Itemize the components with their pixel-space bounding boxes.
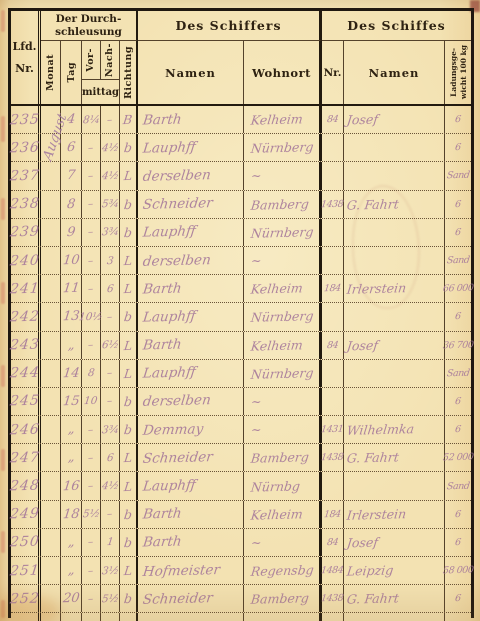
cell-schiffer: Demmay bbox=[138, 416, 244, 443]
handwritten-vor: – bbox=[88, 565, 95, 577]
handwritten-tag: 14 bbox=[62, 366, 80, 381]
cell-wohnort: Nürnberg bbox=[244, 134, 322, 161]
cell-schiffer: Lauphff bbox=[138, 219, 244, 246]
cell-nach: 4½ bbox=[101, 162, 120, 189]
cell-ri: b bbox=[120, 388, 138, 415]
cell-schiffer: Barth bbox=[138, 332, 244, 359]
handwritten-tag: 15 bbox=[62, 394, 80, 409]
handwritten-wohnort: ~ bbox=[250, 168, 262, 183]
handwritten-ladung: 6 bbox=[455, 142, 462, 153]
handwritten-vor: – bbox=[88, 283, 95, 295]
header-richtung: Richtung bbox=[120, 41, 138, 104]
handwritten-ladung: Sand bbox=[446, 367, 470, 379]
handwritten-nach: 6½ bbox=[101, 339, 119, 351]
cell-nr: 238 bbox=[11, 191, 41, 218]
cell-nach: – bbox=[101, 501, 120, 528]
handwritten-schiffer: Barth bbox=[142, 506, 183, 523]
handwritten-vor: 8 bbox=[87, 367, 95, 379]
table-row: 244148–LLauphffNürnbergSand bbox=[11, 360, 471, 388]
handwritten-schiffer: Barth bbox=[142, 534, 183, 551]
cell-schiffer: Barth bbox=[138, 501, 244, 528]
handwritten-tag: 10 bbox=[62, 253, 80, 268]
handwritten-nach: 3¾ bbox=[101, 423, 119, 435]
header-ladung-line2: wicht 100 kg bbox=[459, 45, 468, 99]
handwritten-ladung: 6 bbox=[455, 593, 462, 604]
cell-wohnort: Kelheim bbox=[244, 275, 322, 302]
cell-vor: – bbox=[82, 191, 101, 218]
cell-monat bbox=[41, 585, 61, 612]
handwritten-nr: 242 bbox=[9, 309, 41, 326]
cell-vor: 10 bbox=[82, 388, 101, 415]
cell-nach: – bbox=[101, 388, 120, 415]
handwritten-schiffer: Schneider bbox=[142, 590, 214, 608]
cell-nach: 3 bbox=[101, 247, 120, 274]
table-row: 2421310½–bLauphffNürnberg6 bbox=[11, 303, 471, 331]
cell-tag: „ bbox=[61, 444, 82, 471]
header-nach: Nach- bbox=[101, 41, 120, 79]
handwritten-schiffer: Barth bbox=[142, 111, 183, 128]
cell-schiffer bbox=[138, 613, 244, 621]
cell-snr bbox=[322, 247, 344, 274]
handwritten-wohnort: Regensbg bbox=[250, 562, 315, 579]
handwritten-wohnort: Nürnberg bbox=[250, 139, 314, 156]
handwritten-schiff: Irlerstein bbox=[346, 280, 407, 297]
handwritten-tag: „ bbox=[67, 563, 75, 578]
cell-nr: 250 bbox=[11, 529, 41, 556]
cell-nr: 236 bbox=[11, 134, 41, 161]
handwritten-schiffer: derselben bbox=[142, 393, 212, 411]
handwritten-tag: „ bbox=[67, 422, 75, 437]
handwritten-ladung: 6 bbox=[455, 199, 462, 210]
margin-stain bbox=[1, 116, 5, 142]
handwritten-snr: 184 bbox=[324, 283, 342, 294]
handwritten-nach: – bbox=[107, 395, 114, 407]
cell-vor: 5½ bbox=[82, 501, 101, 528]
header-lfd-line1: Lfd. bbox=[13, 40, 37, 53]
handwritten-ladung: 6 bbox=[455, 227, 462, 238]
handwritten-schiff: G. Fahrt bbox=[346, 591, 400, 607]
cell-schiff: Leipzig bbox=[344, 557, 445, 584]
handwritten-nr: 237 bbox=[9, 168, 41, 185]
handwritten-nr: 240 bbox=[9, 252, 41, 269]
handwritten-nach: 3½ bbox=[101, 564, 119, 576]
handwritten-wohnort: Kelheim bbox=[250, 506, 304, 522]
handwritten-ri: b bbox=[123, 225, 133, 240]
cell-ladung bbox=[445, 613, 471, 621]
cell-tag: 20 bbox=[61, 585, 82, 612]
cell-ri: b bbox=[120, 585, 138, 612]
handwritten-schiff: Josef bbox=[346, 112, 379, 128]
handwritten-schiffer: Barth bbox=[142, 337, 183, 354]
header-wohnort: Wohnort bbox=[244, 41, 322, 104]
handwritten-vor: – bbox=[88, 198, 95, 210]
handwritten-vor: – bbox=[88, 142, 95, 154]
cell-nach: 6 bbox=[101, 444, 120, 471]
header-lfd-nr: Lfd. Nr. bbox=[11, 11, 41, 104]
header-tag: Tag bbox=[61, 41, 82, 104]
cell-nr: 247 bbox=[11, 444, 41, 471]
header-monat-label: Monat bbox=[45, 54, 56, 91]
cell-ri: L bbox=[120, 557, 138, 584]
cell-tag: „ bbox=[61, 332, 82, 359]
handwritten-schiff: Irlerstein bbox=[346, 506, 407, 523]
cell-monat bbox=[41, 472, 61, 499]
handwritten-nach: 4½ bbox=[101, 170, 119, 182]
cell-nach: 5½ bbox=[101, 585, 120, 612]
handwritten-snr: 184 bbox=[324, 509, 342, 520]
cell-tag: 10 bbox=[61, 247, 82, 274]
cell-nr: 235 bbox=[11, 106, 41, 133]
cell-snr: 84 bbox=[322, 529, 344, 556]
cell-vor: – bbox=[82, 332, 101, 359]
handwritten-wohnort: Nürnberg bbox=[250, 309, 314, 326]
cell-schiff bbox=[344, 134, 445, 161]
handwritten-ladung: 6 bbox=[455, 396, 462, 407]
handwritten-ri: b bbox=[123, 140, 133, 155]
table-row: 2377–4½Lderselben~Sand bbox=[11, 162, 471, 190]
cell-ladung: 6 bbox=[445, 416, 471, 443]
cell-nr: 248 bbox=[11, 472, 41, 499]
handwritten-ri: b bbox=[123, 422, 133, 437]
handwritten-vor: – bbox=[88, 452, 95, 464]
handwritten-ri: L bbox=[123, 450, 133, 465]
handwritten-tag: „ bbox=[67, 535, 75, 550]
handwritten-nach: – bbox=[107, 508, 114, 520]
cell-ladung: 6 bbox=[445, 388, 471, 415]
cell-snr bbox=[322, 219, 344, 246]
handwritten-ri: b bbox=[123, 535, 133, 550]
header-vor-nach: Vor- Nach- bbox=[82, 41, 119, 80]
cell-wohnort: Bamberg bbox=[244, 585, 322, 612]
handwritten-snr: 84 bbox=[326, 114, 338, 125]
cell-schiffer: Barth bbox=[138, 106, 244, 133]
handwritten-ladung: 6 bbox=[455, 509, 462, 520]
handwritten-vor: – bbox=[88, 536, 95, 548]
cell-nach: 6 bbox=[101, 275, 120, 302]
cell-nr: 242 bbox=[11, 303, 41, 330]
handwritten-wohnort: Kelheim bbox=[250, 111, 304, 127]
cell-snr: 184 bbox=[322, 275, 344, 302]
handwritten-ri: L bbox=[123, 563, 133, 578]
handwritten-nach: 4½ bbox=[101, 480, 119, 492]
cell-tag: „ bbox=[61, 529, 82, 556]
handwritten-nach: 6 bbox=[106, 452, 114, 464]
handwritten-nr: 245 bbox=[9, 393, 41, 410]
handwritten-schiff: G. Fahrt bbox=[346, 196, 400, 212]
handwritten-nr: 247 bbox=[9, 449, 41, 466]
header-ladung-line1: Ladungsge- bbox=[449, 48, 458, 97]
cell-nr bbox=[11, 613, 41, 621]
cell-tag: 18 bbox=[61, 501, 82, 528]
cell-monat bbox=[41, 134, 61, 161]
handwritten-ri: L bbox=[123, 478, 133, 493]
header-schiffer-namen: Namen bbox=[138, 41, 244, 104]
handwritten-nr: 236 bbox=[9, 139, 41, 156]
cell-snr bbox=[322, 472, 344, 499]
cell-vor: – bbox=[82, 275, 101, 302]
cell-wohnort: ~ bbox=[244, 247, 322, 274]
cell-wohnort: Nürnberg bbox=[244, 360, 322, 387]
handwritten-tag: 4 bbox=[66, 112, 76, 127]
handwritten-snr: 1431 bbox=[321, 424, 345, 436]
cell-schiffer: Schneider bbox=[138, 585, 244, 612]
cell-tag: 7 bbox=[61, 162, 82, 189]
cell-schiffer: Barth bbox=[138, 529, 244, 556]
handwritten-wohnort: Nürnberg bbox=[250, 224, 314, 241]
handwritten-tag: 9 bbox=[66, 225, 76, 240]
cell-ri: b bbox=[120, 219, 138, 246]
cell-monat bbox=[41, 162, 61, 189]
handwritten-nr: 249 bbox=[9, 506, 41, 523]
cell-ri: B bbox=[120, 106, 138, 133]
handwritten-ri: L bbox=[123, 281, 133, 296]
cell-vor: – bbox=[82, 247, 101, 274]
cell-nach: – bbox=[101, 303, 120, 330]
cell-tag: „ bbox=[61, 416, 82, 443]
cell-nach: – bbox=[101, 360, 120, 387]
header-vormittag-nachmittag: Vor- Nach- mittag bbox=[82, 41, 120, 104]
handwritten-ladung: Sand bbox=[446, 170, 470, 182]
cell-nach: 4½ bbox=[101, 134, 120, 161]
handwritten-schiffer: Lauphff bbox=[142, 139, 197, 156]
handwritten-tag: 6 bbox=[66, 140, 76, 155]
handwritten-schiffer: derselben bbox=[142, 167, 212, 185]
cell-ri: b bbox=[120, 416, 138, 443]
table-row: 2388–5¾bSchneiderBamberg1438G. Fahrt6 bbox=[11, 191, 471, 219]
cell-nach: 5¾ bbox=[101, 191, 120, 218]
cell-monat bbox=[41, 360, 61, 387]
cell-nr: 241 bbox=[11, 275, 41, 302]
cell-schiffer: Barth bbox=[138, 275, 244, 302]
handwritten-wohnort: Nürnberg bbox=[250, 365, 314, 382]
handwritten-ladung: 66 000 bbox=[442, 283, 474, 295]
cell-snr: 1438 bbox=[322, 191, 344, 218]
cell-ri: L bbox=[120, 275, 138, 302]
cell-nr: 251 bbox=[11, 557, 41, 584]
handwritten-nr: 246 bbox=[9, 421, 41, 438]
table-header: Lfd. Nr. Der Durch- schleusung Des Schif… bbox=[11, 11, 471, 106]
handwritten-snr: 1484 bbox=[321, 565, 345, 577]
ledger-page: Lfd. Nr. Der Durch- schleusung Des Schif… bbox=[0, 0, 480, 621]
handwritten-ri: L bbox=[123, 253, 133, 268]
handwritten-nr: 238 bbox=[9, 196, 41, 213]
handwritten-nach: – bbox=[107, 114, 114, 126]
cell-tag bbox=[61, 613, 82, 621]
cell-tag: 6 bbox=[61, 134, 82, 161]
handwritten-tag: 7 bbox=[66, 168, 76, 183]
cell-nach: 1 bbox=[101, 529, 120, 556]
cell-schiffer: Lauphff bbox=[138, 472, 244, 499]
handwritten-wohnort: Bamberg bbox=[250, 450, 310, 467]
cell-monat bbox=[41, 219, 61, 246]
table-row: 246„–3¾bDemmay~1431Wilhelmka6 bbox=[11, 416, 471, 444]
cell-ri: L bbox=[120, 332, 138, 359]
header-vor-label: Vor- bbox=[85, 48, 96, 72]
cell-vor: 10½ bbox=[82, 303, 101, 330]
cell-snr: 1431 bbox=[322, 416, 344, 443]
cell-vor bbox=[82, 613, 101, 621]
margin-stain bbox=[1, 282, 5, 304]
cell-nr: 246 bbox=[11, 416, 41, 443]
table-row: 2451510–bderselben~6 bbox=[11, 388, 471, 416]
handwritten-schiffer: Lauphff bbox=[142, 224, 197, 241]
table-row: 2366–4½bLauphffNürnberg6 bbox=[11, 134, 471, 162]
handwritten-nach: 3 bbox=[106, 254, 114, 266]
margin-stain bbox=[1, 531, 5, 553]
cell-schiffer: Schneider bbox=[138, 444, 244, 471]
handwritten-schiffer: Lauphff bbox=[142, 308, 197, 325]
cell-nach: 3¾ bbox=[101, 219, 120, 246]
cell-wohnort: ~ bbox=[244, 162, 322, 189]
cell-monat bbox=[41, 501, 61, 528]
cell-schiff bbox=[344, 472, 445, 499]
cell-schiffer: derselben bbox=[138, 162, 244, 189]
cell-schiffer: Lauphff bbox=[138, 360, 244, 387]
cell-ladung: 6 bbox=[445, 529, 471, 556]
cell-wohnort: Nürnbg bbox=[244, 472, 322, 499]
handwritten-ri: b bbox=[123, 591, 133, 606]
cell-schiffer: Lauphff bbox=[138, 303, 244, 330]
cell-schiff bbox=[344, 613, 445, 621]
margin-stain bbox=[1, 198, 5, 220]
handwritten-schiff: Wilhelmka bbox=[346, 421, 415, 438]
cell-wohnort: Bamberg bbox=[244, 444, 322, 471]
cell-tag: 4 bbox=[61, 106, 82, 133]
cell-ri: b bbox=[120, 501, 138, 528]
header-vor: Vor- bbox=[82, 41, 101, 79]
cell-nach: 3½ bbox=[101, 557, 120, 584]
cell-wohnort: Kelheim bbox=[244, 332, 322, 359]
margin-stain bbox=[1, 600, 5, 618]
cell-ri: L bbox=[120, 444, 138, 471]
header-richtung-label: Richtung bbox=[123, 46, 134, 99]
cell-ri: b bbox=[120, 303, 138, 330]
cell-ladung: Sand bbox=[445, 247, 471, 274]
cell-vor: – bbox=[82, 416, 101, 443]
cell-ri: L bbox=[120, 472, 138, 499]
handwritten-schiffer: Lauphff bbox=[142, 365, 197, 382]
header-ladungsgewicht: Ladungsge- wicht 100 kg bbox=[445, 41, 471, 104]
cell-ladung: Sand bbox=[445, 162, 471, 189]
cell-schiff bbox=[344, 360, 445, 387]
header-group-schiffes: Des Schiffes bbox=[322, 11, 471, 41]
handwritten-schiff: Josef bbox=[346, 535, 379, 551]
table-row: 243„–6½LBarthKelheim84Josef36 700 bbox=[11, 332, 471, 360]
handwritten-ladung: 6 bbox=[455, 311, 462, 322]
handwritten-nach: 3¾ bbox=[101, 226, 119, 238]
cell-monat bbox=[41, 191, 61, 218]
cell-snr bbox=[322, 360, 344, 387]
handwritten-wohnort: Kelheim bbox=[250, 337, 304, 353]
cell-nr: 237 bbox=[11, 162, 41, 189]
cell-monat bbox=[41, 303, 61, 330]
cell-wohnort: ~ bbox=[244, 529, 322, 556]
margin-stain bbox=[1, 10, 5, 32]
cell-ladung: 58 000 bbox=[445, 557, 471, 584]
handwritten-ri: b bbox=[123, 309, 133, 324]
table-row: 2399–3¾bLauphffNürnberg6 bbox=[11, 219, 471, 247]
cell-vor: – bbox=[82, 219, 101, 246]
cell-schiffer: derselben bbox=[138, 247, 244, 274]
handwritten-vor: – bbox=[88, 226, 95, 238]
cell-ri: b bbox=[120, 191, 138, 218]
handwritten-nr: 251 bbox=[9, 562, 41, 579]
cell-vor: – bbox=[82, 134, 101, 161]
handwritten-ladung: Sand bbox=[446, 480, 470, 492]
handwritten-tag: 20 bbox=[62, 591, 80, 606]
cell-vor: – bbox=[82, 557, 101, 584]
handwritten-nach: – bbox=[107, 367, 114, 379]
header-group-schiffers: Des Schiffers bbox=[138, 11, 322, 41]
header-nach-label: Nach- bbox=[104, 43, 115, 77]
handwritten-schiffer: Demmay bbox=[142, 421, 204, 439]
header-group-durchschleusung: Der Durch- schleusung bbox=[41, 11, 138, 41]
handwritten-schiffer: Hofmeister bbox=[142, 562, 221, 580]
cell-nr: 243 bbox=[11, 332, 41, 359]
cell-snr: 1438 bbox=[322, 444, 344, 471]
cell-tag: 14 bbox=[61, 360, 82, 387]
handwritten-nr: 239 bbox=[9, 224, 41, 241]
cell-wohnort: Kelheim bbox=[244, 106, 322, 133]
handwritten-nach: 5½ bbox=[101, 593, 119, 605]
handwritten-nr: 248 bbox=[9, 478, 41, 495]
cell-ri: L bbox=[120, 360, 138, 387]
cell-vor: – bbox=[82, 472, 101, 499]
handwritten-ri: L bbox=[123, 168, 133, 183]
handwritten-vor: 10½ bbox=[79, 311, 104, 324]
cell-snr bbox=[322, 303, 344, 330]
header-mittag: mittag bbox=[82, 80, 119, 104]
handwritten-tag: 18 bbox=[62, 507, 80, 522]
handwritten-vor: – bbox=[88, 424, 95, 436]
handwritten-ri: b bbox=[123, 394, 133, 409]
handwritten-schiff: G. Fahrt bbox=[346, 450, 400, 466]
handwritten-schiffer: Schneider bbox=[142, 195, 214, 213]
cell-ladung: Sand bbox=[445, 360, 471, 387]
cell-tag: 8 bbox=[61, 191, 82, 218]
handwritten-tag: 8 bbox=[66, 197, 76, 212]
handwritten-nr: 250 bbox=[9, 534, 41, 551]
ledger-frame: Lfd. Nr. Der Durch- schleusung Des Schif… bbox=[8, 8, 474, 618]
cell-schiff: Wilhelmka bbox=[344, 416, 445, 443]
cell-nr: 240 bbox=[11, 247, 41, 274]
cell-wohnort: ~ bbox=[244, 388, 322, 415]
cell-nach bbox=[101, 613, 120, 621]
cell-schiff: G. Fahrt bbox=[344, 444, 445, 471]
handwritten-ladung: 6 bbox=[455, 537, 462, 548]
cell-schiff bbox=[344, 388, 445, 415]
handwritten-nr: 235 bbox=[9, 111, 41, 128]
cell-monat bbox=[41, 247, 61, 274]
cell-vor: – bbox=[82, 529, 101, 556]
handwritten-wohnort: Bamberg bbox=[250, 591, 310, 608]
handwritten-wohnort: Kelheim bbox=[250, 281, 304, 297]
cell-wohnort: ~ bbox=[244, 416, 322, 443]
cell-monat bbox=[41, 332, 61, 359]
cell-schiff: G. Fahrt bbox=[344, 191, 445, 218]
handwritten-snr: 1438 bbox=[321, 593, 345, 605]
cell-nach: 3¾ bbox=[101, 416, 120, 443]
handwritten-ri: b bbox=[123, 197, 133, 212]
cell-snr: 84 bbox=[322, 106, 344, 133]
handwritten-nach: 4½ bbox=[101, 142, 119, 154]
header-schiff-nr: Nr. bbox=[322, 41, 344, 104]
handwritten-nr: 241 bbox=[9, 280, 41, 297]
cell-monat bbox=[41, 416, 61, 443]
handwritten-wohnort: ~ bbox=[250, 394, 262, 409]
cell-tag: 11 bbox=[61, 275, 82, 302]
handwritten-vor: – bbox=[88, 339, 95, 351]
